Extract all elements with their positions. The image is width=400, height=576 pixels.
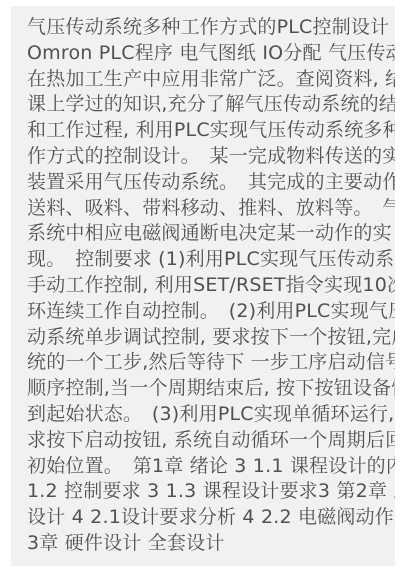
text-line: 送料、吸料、带料移动、推料、放料等。 气动	[27, 196, 387, 222]
description-text-panel: 气压传动系统多种工作方式的PLC控制设计 Omron PLC程序 电气图纸 IO…	[11, 6, 395, 566]
text-line: 求按下启动按钮, 系统自动循环一个周期后回到	[27, 428, 387, 454]
text-line: 现。 控制要求 (1)利用PLC实现气压传动系统的	[27, 247, 387, 273]
text-line: 在热加工生产中应用非常广泛。查阅资料, 结合	[27, 67, 387, 93]
text-line: 1.2 控制要求 3 1.3 课程设计要求3 第2章 总体	[27, 479, 387, 505]
text-line: 手动工作控制, 利用SET/RSET指令实现10次循	[27, 273, 387, 299]
text-line: 初始位置。 第1章 绪论 3 1.1 课程设计的内容 3	[27, 454, 387, 480]
text-line: 装置采用气压传动系统。 其完成的主要动作为	[27, 170, 387, 196]
text-line: 课上学过的知识,充分了解气压传动系统的结构	[27, 92, 387, 118]
text-line: 和工作过程, 利用PLC实现气压传动系统多种工	[27, 118, 387, 144]
text-line: 顺序控制,当一个周期结束后, 按下按钮设备恢复	[27, 376, 387, 402]
text-line: 3章 硬件设计 全套设计	[27, 531, 387, 557]
text-line: 环连续工作自动控制。 (2)利用PLC实现气压传	[27, 299, 387, 325]
text-line: 系统中相应电磁阀通断电决定某一动作的实	[27, 221, 387, 247]
text-line: 动系统单步调试控制, 要求按下一个按钮,完成系	[27, 325, 387, 351]
text-line: Omron PLC程序 电气图纸 IO分配 气压传动系统	[27, 41, 387, 67]
document-title-line: 气压传动系统多种工作方式的PLC控制设计	[27, 15, 387, 41]
text-line: 作方式的控制设计。 某一完成物料传送的实验	[27, 144, 387, 170]
text-line: 到起始状态。 (3)利用PLC实现单循环运行,要	[27, 402, 387, 428]
text-line: 设计 4 2.1设计要求分析 4 2.2 电磁阀动作表 第	[27, 505, 387, 531]
text-line: 统的一个工步,然后等待下 一步工序启动信号,按	[27, 350, 387, 376]
